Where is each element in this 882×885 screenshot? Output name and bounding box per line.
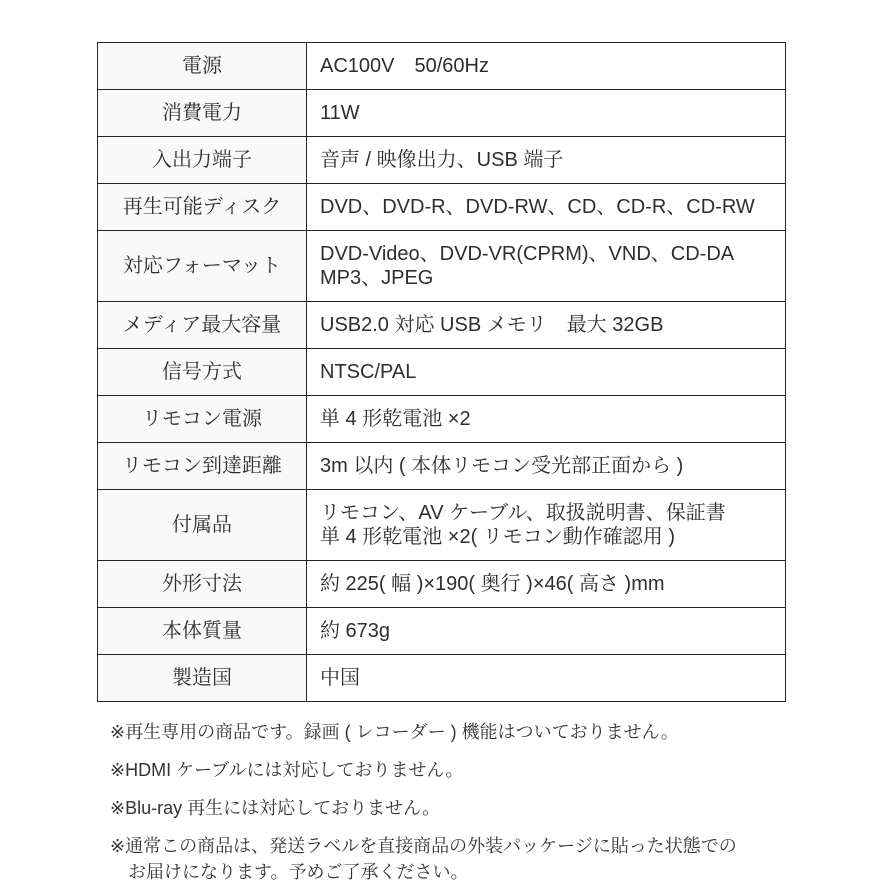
spec-label: リモコン電源: [98, 396, 307, 443]
spec-label: 信号方式: [98, 349, 307, 396]
spec-label: 入出力端子: [98, 137, 307, 184]
spec-label: 消費電力: [98, 90, 307, 137]
table-row: 本体質量約 673g: [98, 608, 786, 655]
spec-label: 外形寸法: [98, 561, 307, 608]
spec-value: 中国: [307, 655, 786, 702]
table-row: 電源AC100V 50/60Hz: [98, 43, 786, 90]
spec-value: 約 673g: [307, 608, 786, 655]
spec-value: 単 4 形乾電池 ×2: [307, 396, 786, 443]
spec-value: リモコン、AV ケーブル、取扱説明書、保証書 単 4 形乾電池 ×2( リモコン…: [307, 490, 786, 561]
spec-label: リモコン到達距離: [98, 443, 307, 490]
spec-label: 製造国: [98, 655, 307, 702]
table-row: 入出力端子音声 / 映像出力、USB 端子: [98, 137, 786, 184]
table-row: 消費電力11W: [98, 90, 786, 137]
spec-value: 約 225( 幅 )×190( 奥行 )×46( 高さ )mm: [307, 561, 786, 608]
table-row: 対応フォーマットDVD-Video、DVD-VR(CPRM)、VND、CD-DA…: [98, 231, 786, 302]
table-row: 付属品リモコン、AV ケーブル、取扱説明書、保証書 単 4 形乾電池 ×2( リ…: [98, 490, 786, 561]
note: ※再生専用の商品です。録画 ( レコーダー ) 機能はついておりません。: [110, 719, 786, 745]
spec-value: NTSC/PAL: [307, 349, 786, 396]
note: ※Blu-ray 再生には対応しておりません。: [110, 795, 786, 821]
spec-label: 本体質量: [98, 608, 307, 655]
note: ※通常この商品は、発送ラベルを直接商品の外装パッケージに貼った状態での お届けに…: [110, 833, 786, 885]
spec-value: 11W: [307, 90, 786, 137]
table-row: リモコン到達距離3m 以内 ( 本体リモコン受光部正面から ): [98, 443, 786, 490]
table-row: 再生可能ディスクDVD、DVD-R、DVD-RW、CD、CD-R、CD-RW: [98, 184, 786, 231]
spec-label: 電源: [98, 43, 307, 90]
spec-value: DVD、DVD-R、DVD-RW、CD、CD-R、CD-RW: [307, 184, 786, 231]
spec-sheet: 電源AC100V 50/60Hz消費電力11W入出力端子音声 / 映像出力、US…: [0, 0, 882, 885]
spec-value: DVD-Video、DVD-VR(CPRM)、VND、CD-DA MP3、JPE…: [307, 231, 786, 302]
table-row: 信号方式NTSC/PAL: [98, 349, 786, 396]
spec-label: 再生可能ディスク: [98, 184, 307, 231]
spec-value: USB2.0 対応 USB メモリ 最大 32GB: [307, 302, 786, 349]
table-row: リモコン電源単 4 形乾電池 ×2: [98, 396, 786, 443]
spec-label: 付属品: [98, 490, 307, 561]
note: ※HDMI ケーブルには対応しておりません。: [110, 757, 786, 783]
notes-list: ※再生専用の商品です。録画 ( レコーダー ) 機能はついておりません。※HDM…: [97, 719, 786, 885]
spec-label: メディア最大容量: [98, 302, 307, 349]
spec-value: AC100V 50/60Hz: [307, 43, 786, 90]
table-row: 外形寸法約 225( 幅 )×190( 奥行 )×46( 高さ )mm: [98, 561, 786, 608]
spec-table: 電源AC100V 50/60Hz消費電力11W入出力端子音声 / 映像出力、US…: [97, 42, 786, 702]
spec-value: 音声 / 映像出力、USB 端子: [307, 137, 786, 184]
spec-table-body: 電源AC100V 50/60Hz消費電力11W入出力端子音声 / 映像出力、US…: [98, 43, 786, 702]
spec-value: 3m 以内 ( 本体リモコン受光部正面から ): [307, 443, 786, 490]
spec-label: 対応フォーマット: [98, 231, 307, 302]
table-row: メディア最大容量USB2.0 対応 USB メモリ 最大 32GB: [98, 302, 786, 349]
table-row: 製造国中国: [98, 655, 786, 702]
